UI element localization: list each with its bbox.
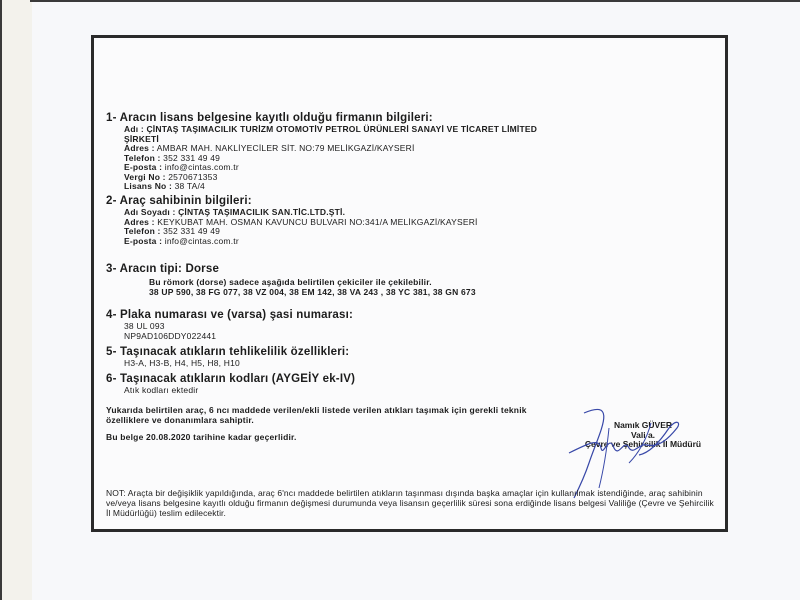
hazard-codes: H3-A, H3-B, H4, H5, H8, H10 (106, 359, 349, 369)
section-plate-chassis: 4- Plaka numarası ve (varsa) şasi numara… (106, 309, 353, 341)
license-frame: 1- Aracın lisans belgesine kayıtlı olduğ… (91, 35, 728, 532)
tractor-plates: 38 UP 590, 38 FG 077, 38 VZ 004, 38 EM 1… (106, 288, 476, 298)
owner-email: E-posta : info@cintas.com.tr (106, 237, 478, 247)
section-firm-info: 1- Aracın lisans belgesine kayıtlı olduğ… (106, 112, 537, 192)
note-text: NOT: Araçta bir değişiklik yapıldığında,… (106, 488, 716, 518)
section-title: 3- Aracın tipi: Dorse (106, 263, 476, 276)
signature-block: Namık GÜVER Vali a. Çevre ve Şehircilik … (548, 421, 738, 450)
firm-license-no: Lisans No : 38 TA/4 (106, 182, 537, 192)
chassis-number: NP9AD106DDY022441 (106, 332, 353, 342)
signatory-office: Çevre ve Şehircilik İl Müdürü (548, 440, 738, 450)
firm-name: Adı : ÇİNTAŞ TAŞIMACILIK TURİZM OTOMOTİV… (106, 125, 537, 135)
section-hazard-properties: 5- Taşınacak atıkların tehlikelilik özel… (106, 346, 349, 369)
section-vehicle-type: 3- Aracın tipi: Dorse Bu römork (dorse) … (106, 263, 476, 297)
section-owner-info: 2- Araç sahibinin bilgileri: Adı Soyadı … (106, 195, 478, 246)
section-waste-codes: 6- Taşınacak atıkların kodları (AYGEİY e… (106, 373, 355, 396)
scan-top-edge (30, 0, 800, 2)
waste-codes: Atık kodları ektedir (106, 386, 355, 396)
